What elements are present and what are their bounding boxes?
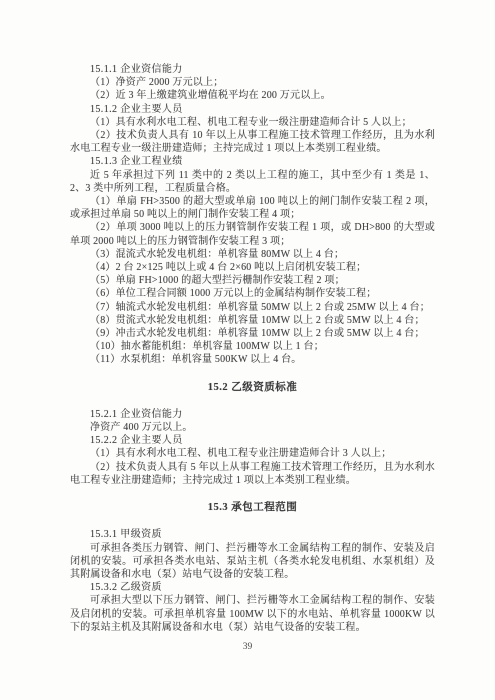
- paragraph: （8）贯流式水轮发电机组：单机容量 10MW 以上 2 台或 5MW 以上 4 …: [70, 314, 435, 327]
- document-content: 15.1.1 企业资信能力（1）净资产 2000 万元以上；（2）近 3 年上缴…: [70, 63, 435, 634]
- clause-heading: 15.1.1 企业资信能力: [70, 63, 435, 76]
- paragraph: （6）单位工程合同额 1000 万元以上的金属结构制作安装工程；: [70, 287, 435, 300]
- paragraph: （9）冲击式水轮发电机组：单机容量 10MW 以上 2 台或 5MW 以上 4 …: [70, 327, 435, 340]
- paragraph: （2）单项 3000 吨以上的压力钢管制作安装工程 1 项，或 DH>800 的…: [70, 221, 435, 247]
- paragraph: （2）近 3 年上缴建筑业增值税平均在 200 万元以上。: [70, 89, 435, 102]
- paragraph: （4）2 台 2×125 吨以上或 4 台 2×60 吨以上启闭机安装工程；: [70, 261, 435, 274]
- paragraph: （1）具有水利水电工程、机电工程专业注册建造师合计 3 人以上；: [70, 447, 435, 460]
- paragraph: 净资产 400 万元以上。: [70, 421, 435, 434]
- paragraph: （1）具有水利水电工程、机电工程专业一级注册建造师合计 5 人以上；: [70, 116, 435, 129]
- paragraph: 可承担各类压力钢管、闸门、拦污栅等水工金属结构工程的制作、安装及启闭机的安装。可…: [70, 542, 435, 582]
- paragraph: （5）单扇 FH>1000 的超大型拦污栅制作安装工程 2 项；: [70, 274, 435, 287]
- clause-heading: 15.2.1 企业资信能力: [70, 408, 435, 421]
- clause-heading: 15.2.2 企业主要人员: [70, 434, 435, 447]
- clause-heading: 15.1.3 企业工程业绩: [70, 155, 435, 168]
- document-page: 15.1.1 企业资信能力（1）净资产 2000 万元以上；（2）近 3 年上缴…: [0, 0, 495, 700]
- paragraph: （2）技术负责人具有 5 年以上从事工程施工技术管理工作经历，且为水利水电工程专…: [70, 461, 435, 487]
- clause-heading: 15.3.1 甲级资质: [70, 528, 435, 541]
- section-heading: 15.2 乙级资质标准: [70, 381, 435, 394]
- paragraph: （1）净资产 2000 万元以上；: [70, 76, 435, 89]
- clause-heading: 15.3.2 乙级资质: [70, 581, 435, 594]
- clause-heading: 15.1.2 企业主要人员: [70, 103, 435, 116]
- page-number: 39: [0, 642, 495, 652]
- paragraph: 近 5 年承担过下列 11 类中的 2 类以上工程的施工，其中至少有 1 类是 …: [70, 169, 435, 195]
- paragraph: （3）混流式水轮发电机组：单机容量 80MW 以上 4 台；: [70, 248, 435, 261]
- paragraph: 可承担大型以下压力钢管、闸门、拦污栅等水工金属结构工程的制作、安装及启闭机的安装…: [70, 594, 435, 634]
- paragraph: （7）轴流式水轮发电机组：单机容量 50MW 以上 2 台或 25MW 以上 4…: [70, 301, 435, 314]
- paragraph: （2）技术负责人具有 10 年以上从事工程施工技术管理工作经历，且为水利水电工程…: [70, 129, 435, 155]
- paragraph: （1）单扇 FH>3500 的超大型或单扇 100 吨以上的闸门制作安装工程 2…: [70, 195, 435, 221]
- paragraph: （10）抽水蓄能机组：单机容量 100MW 以上 1 台；: [70, 340, 435, 353]
- paragraph: （11）水泵机组：单机容量 500KW 以上 4 台。: [70, 353, 435, 366]
- section-heading: 15.3 承包工程范围: [70, 501, 435, 514]
